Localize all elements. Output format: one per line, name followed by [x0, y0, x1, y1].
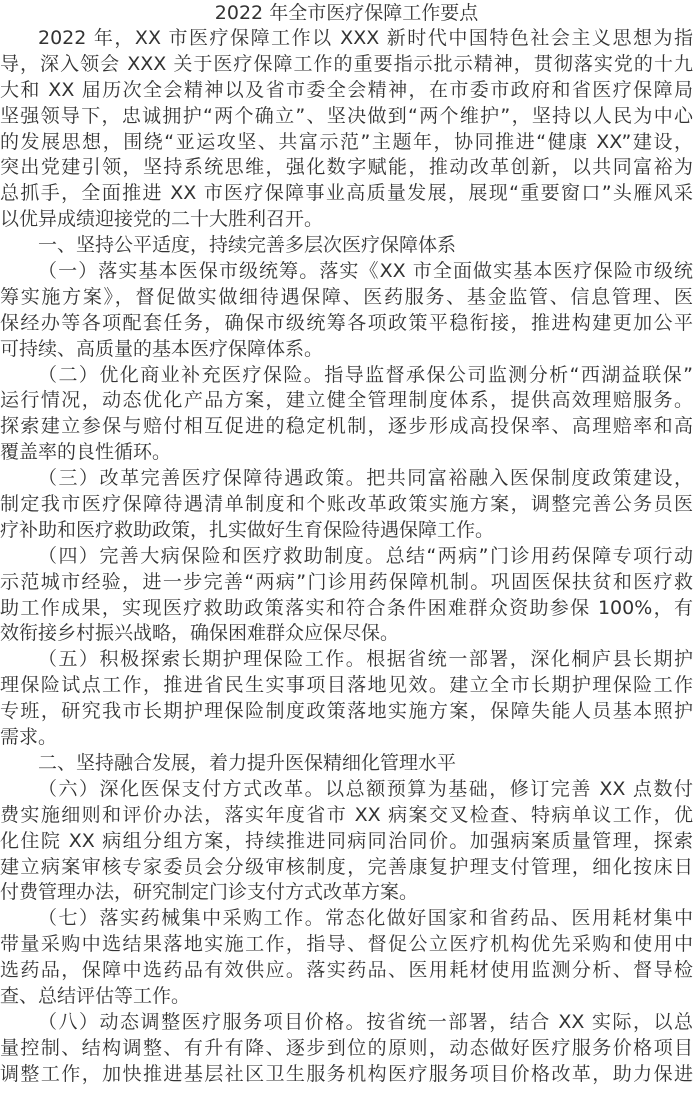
- heading-line: 一、坚持公平适度，持续完善多层次医疗保障体系: [0, 233, 693, 259]
- text-line: 助工作成果，实现医疗救助政策落实和符合条件困难群众资助参保 100%，有: [0, 596, 693, 622]
- text-line: 带量采购中选结果落地实施工作，指导、督促公立医疗机构优先采购和使用中: [0, 932, 693, 958]
- document-title: 2022 年全市医疗保障工作要点: [0, 0, 693, 26]
- text-line: 需求。: [0, 725, 693, 751]
- body-paragraph: （六）深化医保支付方式改革。以总额预算为基础，修订完善 XX 点数付费实施细则和…: [0, 777, 693, 906]
- document-page: 2022 年全市医疗保障工作要点 2022 年，XX 市医疗保障工作以 XXX …: [0, 0, 693, 1088]
- body-paragraph: （二）优化商业补充医疗保险。指导监督承保公司监测分析“西湖益联保”运行情况，动态…: [0, 363, 693, 467]
- text-line: （六）深化医保支付方式改革。以总额预算为基础，修订完善 XX 点数付: [0, 777, 693, 803]
- text-line: 覆盖率的良性循环。: [0, 440, 693, 466]
- text-line: 探索建立参保与赔付相互促进的稳定机制，逐步形成高投保率、高理赔率和高: [0, 414, 693, 440]
- section-heading: 一、坚持公平适度，持续完善多层次医疗保障体系: [0, 233, 693, 259]
- text-line: 示范城市经验，进一步完善“两病”门诊用药保障机制。巩固医保扶贫和医疗救: [0, 570, 693, 596]
- section-heading: 二、坚持融合发展，着力提升医保精细化管理水平: [0, 751, 693, 777]
- text-line: 制定我市医疗保障待遇清单制度和个账改革政策实施方案，调整完善公务员医: [0, 492, 693, 518]
- body-paragraph: （五）积极探索长期护理保险工作。根据省统一部署，深化桐庐县长期护理保险试点工作，…: [0, 647, 693, 751]
- text-line: 化住院 XX 病组分组方案，持续推进同病同治同价。加强病案质量管理，探索: [0, 829, 693, 855]
- text-line: （一）落实基本医保市级统筹。落实《XX 市全面做实基本医疗保险市级统: [0, 259, 693, 285]
- body-paragraph: （三）改革完善医疗保障待遇政策。把共同富裕融入医保制度政策建设，制定我市医疗保障…: [0, 466, 693, 544]
- text-line: 量控制、结构调整、有升有降、逐步到位的原则，动态做好医疗服务价格项目: [0, 1036, 693, 1062]
- text-line: （四）完善大病保险和医疗救助制度。总结“两病”门诊用药保障专项行动: [0, 544, 693, 570]
- text-line: 保经办等各项配套任务，确保市级统筹各项政策平稳衔接，推进构建更加公平: [0, 311, 693, 337]
- text-line: 2022 年，XX 市医疗保障工作以 XXX 新时代中国特色社会主义思想为指: [0, 26, 693, 52]
- text-line: 的发展思想，围绕“亚运攻坚、共富示范”主题年，协同推进“健康 XX”建设，: [0, 130, 693, 156]
- body-paragraph: （八）动态调整医疗服务项目价格。按省统一部署，结合 XX 实际，以总量控制、结构…: [0, 1010, 693, 1088]
- heading-line: 二、坚持融合发展，着力提升医保精细化管理水平: [0, 751, 693, 777]
- text-line: 总抓手，全面推进 XX 市医疗保障事业高质量发展，展现“重要窗口”头雁风采: [0, 181, 693, 207]
- text-line: 付费管理办法，研究制定门诊支付方式改革方案。: [0, 880, 693, 906]
- text-line: 查、总结评估等工作。: [0, 984, 693, 1010]
- text-line: 选药品，保障中选药品有效供应。落实药品、医用耗材使用监测分析、督导检: [0, 958, 693, 984]
- document-body: 2022 年，XX 市医疗保障工作以 XXX 新时代中国特色社会主义思想为指导，…: [0, 26, 693, 1088]
- text-line: 疗补助和医疗救助政策，扎实做好生育保险待遇保障工作。: [0, 518, 693, 544]
- text-line: 理保险试点工作，推进省民生实事项目落地见效。建立全市长期护理保险工作: [0, 673, 693, 699]
- text-line: 效衔接乡村振兴战略，确保困难群众应保尽保。: [0, 621, 693, 647]
- text-line: 突出党建引领，坚持系统思维，强化数字赋能，推动改革创新，以共同富裕为: [0, 155, 693, 181]
- body-paragraph: （一）落实基本医保市级统筹。落实《XX 市全面做实基本医疗保险市级统筹实施方案》…: [0, 259, 693, 363]
- text-line: （三）改革完善医疗保障待遇政策。把共同富裕融入医保制度政策建设，: [0, 466, 693, 492]
- text-line: （七）落实药械集中采购工作。常态化做好国家和省药品、医用耗材集中: [0, 906, 693, 932]
- text-line: （二）优化商业补充医疗保险。指导监督承保公司监测分析“西湖益联保”: [0, 363, 693, 389]
- text-line: 筹实施方案》，督促做实做细待遇保障、医药服务、基金监管、信息管理、医: [0, 285, 693, 311]
- text-line: 大和 XX 届历次全会精神以及省市委全会精神，在市委市政府和省医疗保障局: [0, 78, 693, 104]
- text-line: （八）动态调整医疗服务项目价格。按省统一部署，结合 XX 实际，以总: [0, 1010, 693, 1036]
- text-line: 以优异成绩迎接党的二十大胜利召开。: [0, 207, 693, 233]
- text-line: 可持续、高质量的基本医疗保障体系。: [0, 337, 693, 363]
- text-line: 建立病案审核专家委员会分级审核制度，完善康复护理支付管理，细化按床日: [0, 855, 693, 881]
- text-line: 坚强领导下，忠诚拥护“两个确立”、坚决做到“两个维护”，坚持以人民为中心: [0, 104, 693, 130]
- text-line: （五）积极探索长期护理保险工作。根据省统一部署，深化桐庐县长期护: [0, 647, 693, 673]
- body-paragraph: （七）落实药械集中采购工作。常态化做好国家和省药品、医用耗材集中带量采购中选结果…: [0, 906, 693, 1010]
- body-paragraph: 2022 年，XX 市医疗保障工作以 XXX 新时代中国特色社会主义思想为指导，…: [0, 26, 693, 233]
- body-paragraph: （四）完善大病保险和医疗救助制度。总结“两病”门诊用药保障专项行动示范城市经验，…: [0, 544, 693, 648]
- text-line: 导，深入领会 XXX 关于医疗保障工作的重要指示批示精神，贯彻落实党的十九: [0, 52, 693, 78]
- text-line: 运行情况，动态优化产品方案，建立健全管理制度体系，提供高效理赔服务。: [0, 388, 693, 414]
- text-line: 专班，研究我市长期护理保险制度政策落地实施方案，保障失能人员基本照护: [0, 699, 693, 725]
- text-line: 调整工作，加快推进基层社区卫生服务机构医疗服务项目价格改革，助力保进: [0, 1062, 693, 1088]
- text-line: 费实施细则和评价办法，落实年度省市 XX 病案交叉检查、特病单议工作，优: [0, 803, 693, 829]
